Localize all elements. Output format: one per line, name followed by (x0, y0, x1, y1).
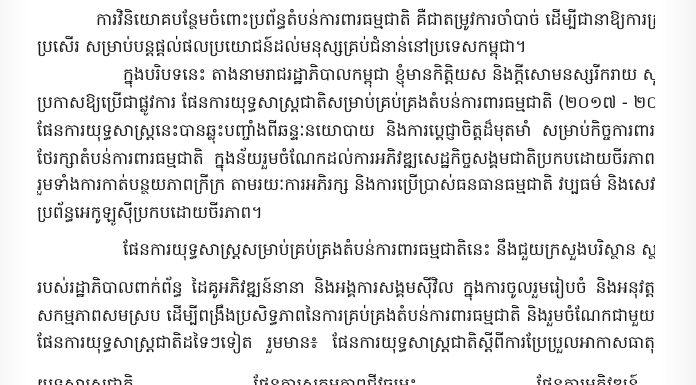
paragraph-2-line-4: ថែរក្សាតំបន់ការពារធម្មជាតិ ក្នុងន័យរួមចំ… (37, 145, 655, 173)
paragraph-2-line-6: ប្រព័ន្ធអេកូឡូស៊ីប្រកបដោយចីរភាព។ (37, 199, 655, 227)
paragraph-2-line-1: ក្នុងបរិបទនេះ តាងនាមរាជរដ្ឋាភិបាលកម្ពុជា… (123, 61, 655, 89)
paragraph-3-line-2: របស់រដ្ឋាភិបាលពាក់ព័ន្ធ ដៃគូអភិវឌ្ឍន៍នាន… (37, 274, 655, 302)
paragraph-2-line-5: រួមទាំងការកាត់បន្ថយភាពក្រីក្រ តាមរយៈការអ… (37, 171, 655, 199)
paragraph-1-line-1: ការវិនិយោគបន្ថែមចំពោះប្រព័ន្ធតំបន់ការពារ… (96, 6, 655, 34)
document-page: ការវិនិយោគបន្ថែមចំពោះប្រព័ន្ធតំបន់ការពារ… (0, 0, 696, 385)
paragraph-3-line-4: ផែនការយុទ្ធសាស្ត្រជាតិដទៃៗទៀត រួមមាន៖ ផែ… (37, 329, 655, 357)
paragraph-3-line-5: យុទ្ធសាស្ត្រជាតិ ផែនការសកម្មភាពជីវចម្រុះ… (37, 371, 655, 385)
paragraph-2-line-2: ប្រកាសឱ្យប្រើជាផ្លូវការ ផែនការយុទ្ធសាស្ត… (37, 89, 655, 117)
paragraph-3-line-1: ផែនការយុទ្ធសាស្ត្រសម្រាប់គ្រប់គ្រងតំបន់ក… (123, 236, 655, 264)
paragraph-1-line-2: ប្រសើរ សម្រាប់បន្តផ្តល់ផលប្រយោជន៍ដល់មនុស… (37, 33, 655, 61)
paragraph-3-line-3: សកម្មភាពសមស្រប ដើម្បីពង្រឹងប្រសិទ្ធភាពនៃ… (37, 302, 655, 330)
paragraph-2-line-3: ផែនការយុទ្ធសាស្ត្រនេះបានឆ្លុះបញ្ចាំងពីឆន… (37, 117, 655, 145)
